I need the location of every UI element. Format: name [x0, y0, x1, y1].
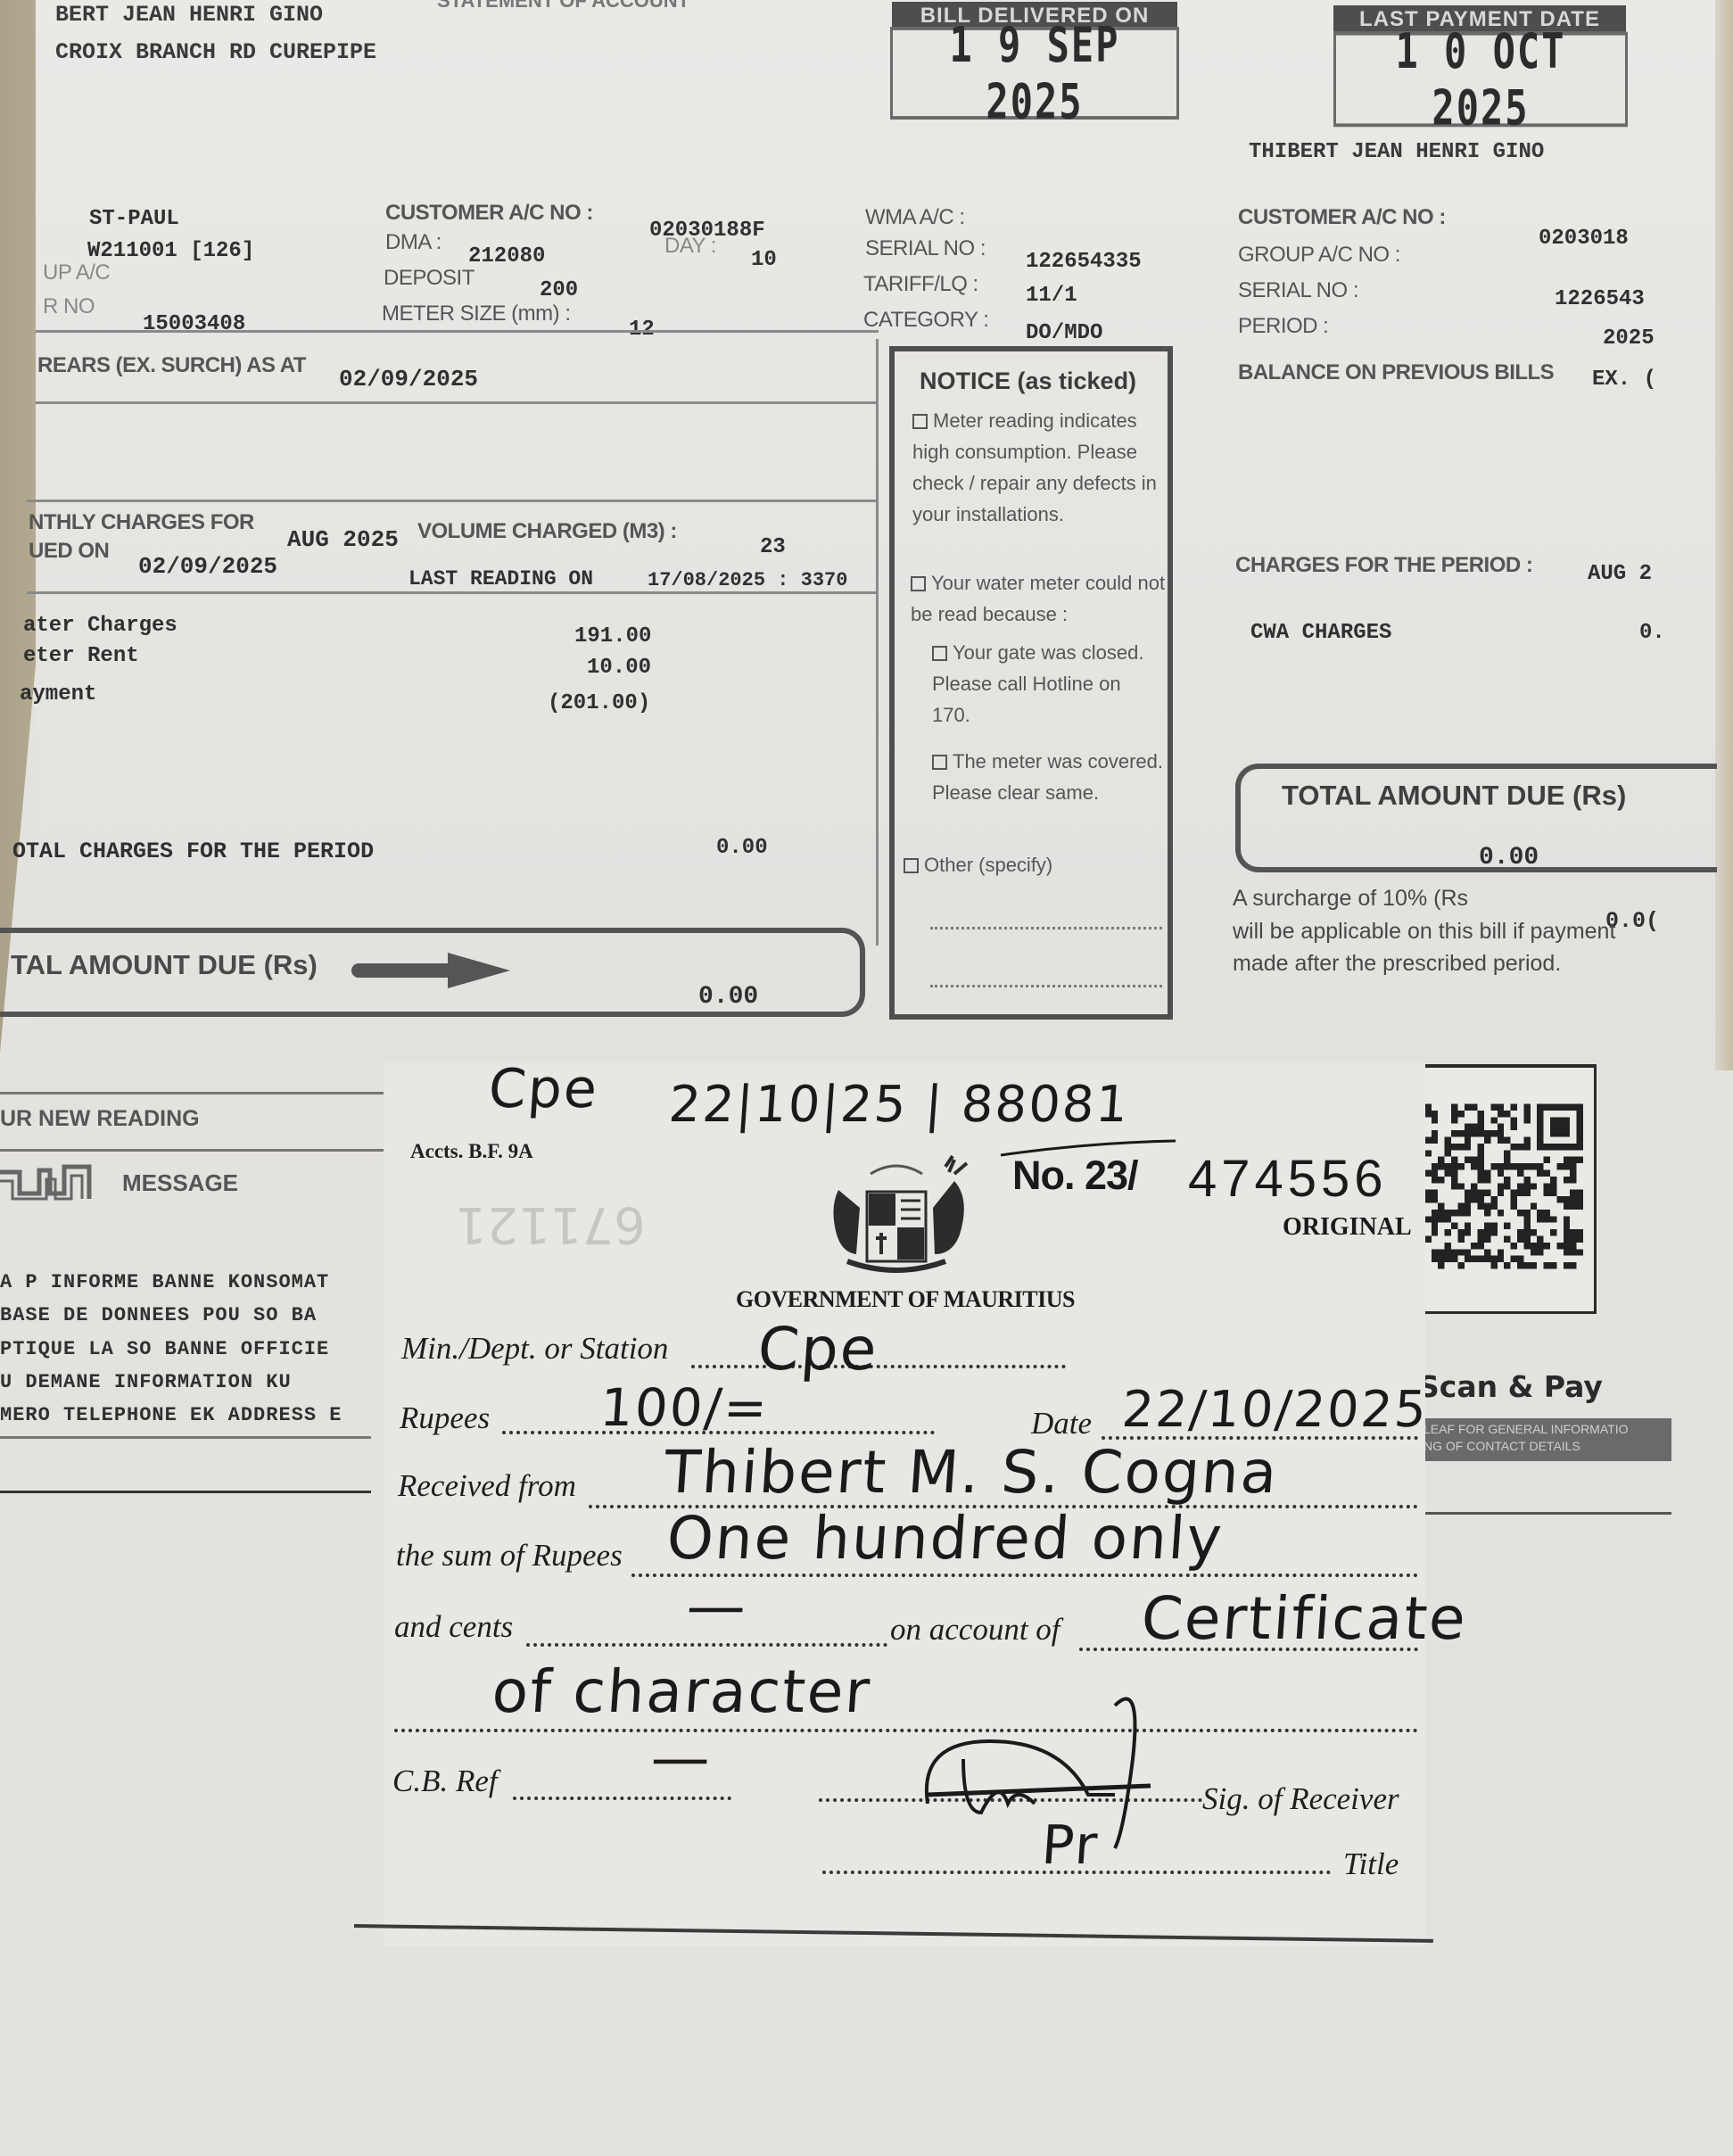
- issuer-name: GOVERNMENT OF MAURITIUS: [736, 1286, 1075, 1313]
- date-value[interactable]: 22/10/2025: [1120, 1381, 1430, 1439]
- line-item-amount: 10.00: [587, 656, 651, 680]
- issued-on-date: 02/09/2025: [138, 553, 277, 580]
- mauritius-coat-of-arms-icon: [821, 1154, 972, 1279]
- surcharge-line2: will be applicable on this bill if payme…: [1233, 919, 1615, 945]
- meter-size-label: METER SIZE (mm) :: [382, 302, 570, 326]
- cb-ref-field-line: [513, 1797, 731, 1800]
- notice-checkbox[interactable]: [904, 858, 919, 873]
- notice-title: NOTICE (as ticked): [920, 368, 1136, 395]
- on-account-field-line-2: [394, 1729, 1418, 1732]
- meter-no-label: R NO: [43, 294, 95, 319]
- form-code: Accts. B.F. 9A: [410, 1140, 533, 1163]
- volume-value: 23: [760, 535, 786, 559]
- total-charges-label: OTAL CHARGES FOR THE PERIOD: [12, 838, 374, 864]
- customer-ac-label: CUSTOMER A/C NO :: [385, 201, 593, 226]
- category-label: CATEGORY :: [863, 308, 988, 333]
- cf-cwa-amount: 0.: [1639, 621, 1665, 645]
- cents-value[interactable]: —: [684, 1572, 749, 1640]
- info-banner: LEAF FOR GENERAL INFORMATIO NG OF CONTAC…: [1420, 1418, 1671, 1461]
- divider: [0, 1491, 371, 1493]
- title-label: Title: [1343, 1846, 1399, 1882]
- cwa-logo-icon: [0, 1160, 96, 1201]
- category-value: DO/MDO: [1026, 321, 1102, 345]
- cf-customer-ac-label: CUSTOMER A/C NO :: [1238, 205, 1446, 230]
- monthly-period: AUG 2025: [287, 526, 399, 553]
- last-reading-label: LAST READING ON: [408, 567, 593, 591]
- divider: [0, 1149, 384, 1152]
- cf-period-label: PERIOD :: [1238, 314, 1328, 339]
- statement-title: STATEMENT OF ACCOUNT: [437, 0, 689, 12]
- notice-item-high-consumption: Meter reading indicates high consumption…: [912, 405, 1171, 530]
- cf-customer-ac-value: 0203018: [1539, 227, 1629, 251]
- notice-item-gate-closed: Your gate was closed. Please call Hotlin…: [932, 637, 1164, 731]
- total-due-label: TAL AMOUNT DUE (Rs): [11, 949, 318, 981]
- arrears-label: REARS (EX. SURCH) AS AT: [37, 353, 306, 378]
- customer-name-top: BERT JEAN HENRI GINO: [55, 2, 323, 28]
- new-reading-label: UR NEW READING: [0, 1106, 200, 1132]
- customer-name-counterfoil: THIBERT JEAN HENRI GINO: [1249, 140, 1544, 164]
- cf-total-due-amount: 0.00: [1479, 844, 1539, 871]
- cf-balance-label: BALANCE ON PREVIOUS BILLS: [1238, 360, 1554, 385]
- cents-label: and cents: [394, 1609, 513, 1645]
- station-value[interactable]: Cpe: [755, 1315, 880, 1384]
- total-charges-amount: 0.00: [716, 836, 768, 860]
- cf-period-value: 2025: [1603, 326, 1655, 351]
- divider: [0, 1092, 384, 1095]
- divider: [36, 401, 879, 404]
- divider: [27, 500, 879, 502]
- surcharge-line3: made after the prescribed period.: [1233, 951, 1561, 977]
- copy-type: ORIGINAL: [1283, 1213, 1412, 1242]
- background-right-edge: [1715, 0, 1733, 1070]
- line-item-label: ayment: [20, 682, 96, 706]
- station-field-line: [691, 1365, 1066, 1368]
- line-item-amount: (201.00): [548, 691, 650, 715]
- cf-charges-period-value: AUG 2: [1588, 562, 1652, 586]
- qr-code-icon[interactable]: [1418, 1079, 1583, 1293]
- day-value: 10: [751, 248, 777, 272]
- notice-specify-line: [930, 985, 1162, 987]
- notice-item-meter-not-read: Your water meter could not be read becau…: [911, 567, 1169, 630]
- issued-on-label: UED ON: [29, 539, 109, 564]
- signature-label: Sig. of Receiver: [1202, 1781, 1399, 1817]
- last-payment-date: 1 0 OCT 2025: [1333, 32, 1628, 128]
- cf-serial-value: 1226543: [1555, 287, 1645, 311]
- notice-box: NOTICE (as ticked) Meter reading indicat…: [889, 346, 1173, 1020]
- notice-checkbox[interactable]: [911, 576, 926, 591]
- scan-and-pay-label: Scan & Pay: [1418, 1369, 1603, 1404]
- divider: [0, 1436, 371, 1439]
- total-due-amount: 0.00: [698, 983, 758, 1011]
- group-ac-label: UP A/C: [43, 260, 110, 285]
- cf-group-ac-label: GROUP A/C NO :: [1238, 243, 1400, 268]
- volume-label: VOLUME CHARGED (M3) :: [417, 519, 677, 544]
- rupees-label: Rupees: [400, 1400, 490, 1436]
- date-label: Date: [1031, 1406, 1092, 1441]
- cents-field-line: [526, 1643, 887, 1647]
- arrears-date: 02/09/2025: [339, 366, 478, 392]
- title-value[interactable]: Pr: [1040, 1814, 1102, 1877]
- wma-ac-label: WMA A/C :: [865, 205, 965, 230]
- deposit-value: 200: [540, 278, 578, 302]
- day-label: DAY :: [664, 234, 716, 259]
- receipt-number: 474556: [1188, 1149, 1388, 1209]
- notice-checkbox[interactable]: [932, 646, 947, 661]
- cf-balance-value: EX. (: [1592, 368, 1656, 392]
- divider: [36, 330, 879, 333]
- divider: [876, 339, 879, 946]
- sum-rupees-value[interactable]: One hundred only: [664, 1504, 1225, 1573]
- divider: [27, 591, 879, 594]
- area-value: ST-PAUL: [89, 207, 179, 231]
- divider: [1420, 1512, 1671, 1515]
- cf-charges-period-label: CHARGES FOR THE PERIOD :: [1235, 553, 1532, 578]
- serial-label: SERIAL NO :: [865, 236, 986, 261]
- dma-value: 212080: [468, 244, 545, 268]
- rupees-value[interactable]: 100/=: [598, 1377, 772, 1438]
- last-reading-value: 17/08/2025 : 3370: [648, 569, 847, 591]
- notice-item-other: Other (specify): [904, 849, 1162, 880]
- customer-address: CROIX BRANCH RD CUREPIPE: [55, 39, 376, 65]
- bill-delivered-date: 1 9 SEP 2025: [890, 27, 1179, 120]
- tariff-value: 11/1: [1026, 284, 1077, 308]
- deposit-label: DEPOSIT: [384, 266, 475, 291]
- line-item-amount: 191.00: [574, 624, 651, 648]
- route-value: W211001 [126]: [87, 239, 254, 263]
- handwritten-ref: 22|10|25 | 88081: [667, 1076, 1132, 1134]
- cb-ref-value[interactable]: —: [648, 1723, 714, 1792]
- monthly-charges-label: NTHLY CHARGES FOR: [29, 510, 254, 535]
- on-account-value-2[interactable]: of character: [490, 1657, 873, 1726]
- notice-specify-line: [930, 927, 1162, 929]
- received-from-label: Received from: [398, 1468, 576, 1504]
- message-label: MESSAGE: [122, 1169, 238, 1197]
- cb-ref-label: C.B. Ref: [392, 1764, 498, 1799]
- serial-value: 122654335: [1026, 250, 1142, 274]
- tariff-label: TARIFF/LQ :: [863, 272, 978, 297]
- government-receipt: Cpe 22|10|25 | 88081 Accts. B.F. 9A No. …: [384, 1063, 1425, 1946]
- cf-serial-label: SERIAL NO :: [1238, 278, 1358, 303]
- station-label: Min./Dept. or Station: [401, 1331, 668, 1367]
- notice-checkbox[interactable]: [912, 414, 928, 429]
- received-from-value[interactable]: Thibert M. S. Cogna: [662, 1438, 1281, 1507]
- cf-total-due-label: TOTAL AMOUNT DUE (Rs): [1282, 780, 1626, 812]
- notice-checkbox[interactable]: [932, 755, 947, 770]
- dma-label: DMA :: [385, 230, 442, 255]
- surcharge-line1: A surcharge of 10% (Rs: [1233, 886, 1468, 912]
- receipt-number-label: No. 23/: [1012, 1152, 1138, 1199]
- cf-cwa-label: CWA CHARGES: [1250, 621, 1391, 645]
- on-account-value[interactable]: Certificate: [1139, 1584, 1469, 1653]
- line-item-label: eter Rent: [23, 644, 139, 668]
- arrow-right-icon: [350, 953, 510, 988]
- sum-rupees-label: the sum of Rupees: [396, 1538, 623, 1574]
- on-account-label: on account of: [890, 1612, 1060, 1648]
- notice-item-meter-covered: The meter was covered. Please clear same…: [932, 746, 1166, 808]
- faded-stamp: 671121: [455, 1195, 646, 1253]
- line-item-label: ater Charges: [23, 614, 177, 638]
- handwritten-initials: Cpe: [487, 1058, 601, 1120]
